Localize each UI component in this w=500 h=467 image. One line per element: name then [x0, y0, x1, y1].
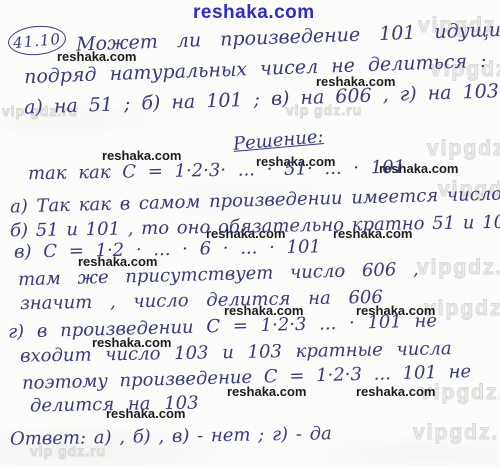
solution-heading: Решение:: [232, 127, 324, 155]
reshaka-watermark-blue: reshaka.com: [193, 2, 315, 24]
solution-line: г) в произведении С = 1·2·3 ... · 101 не: [8, 311, 437, 342]
vipgdz-watermark: vipgdz.: [427, 137, 500, 161]
solution-line: значит , число делится на 606: [20, 288, 383, 314]
solution-line: так как С = 1·2·3· ... · 51· ... · 101: [28, 158, 405, 184]
vipgdz-watermark: vipgdz.: [413, 421, 499, 445]
problem-line-3: а) на 51 ; б) на 101 ; в) на 606 , г) на…: [24, 80, 500, 118]
solution-line: в) С = 1·2 · ... · 6 · ... · 101: [14, 237, 321, 262]
solution-line: делится на 103: [30, 394, 199, 417]
problem-line-1: Может ли произведение 101 идущих: [76, 19, 500, 55]
vipgdz-watermark: vipgdz.: [417, 256, 500, 280]
reshaka-watermark: reshaka.com: [356, 384, 436, 399]
answer-line: Ответ: а) , б) , в) - нет ; г) - да: [10, 424, 332, 449]
problem-number: 41.10: [12, 29, 61, 51]
scanned-notebook-page: reshaka.com vipgdz. vipgdz. vipgdz. vipg…: [0, 0, 500, 467]
